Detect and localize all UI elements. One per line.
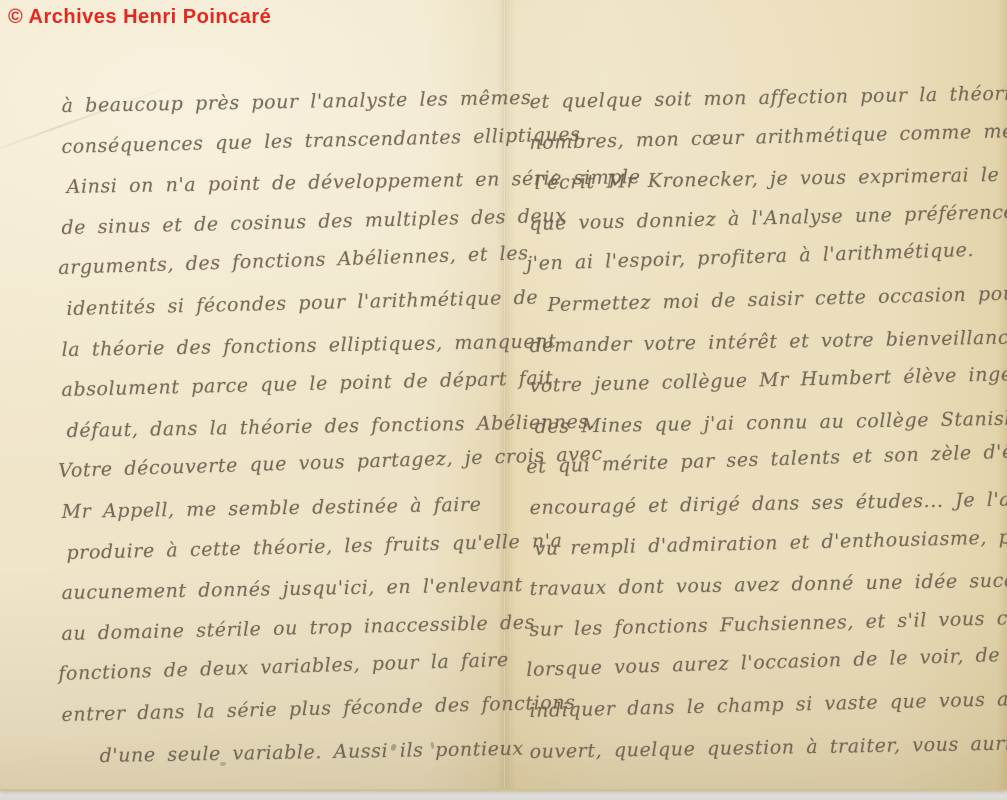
- manuscript-line: d'une seule variable. Aussi ils pontieux: [99, 728, 502, 776]
- manuscript-line: ouvert, quelque question à traiter, vous…: [529, 722, 1007, 772]
- letter-scan: © Archives Henri Poincaré à beaucoup prè…: [0, 0, 1007, 800]
- archive-watermark: © Archives Henri Poincaré: [8, 6, 271, 29]
- right-page: et quelque soit mon affection pour la th…: [530, 82, 1007, 772]
- left-page: à beaucoup près pour l'analyste les même…: [62, 86, 502, 776]
